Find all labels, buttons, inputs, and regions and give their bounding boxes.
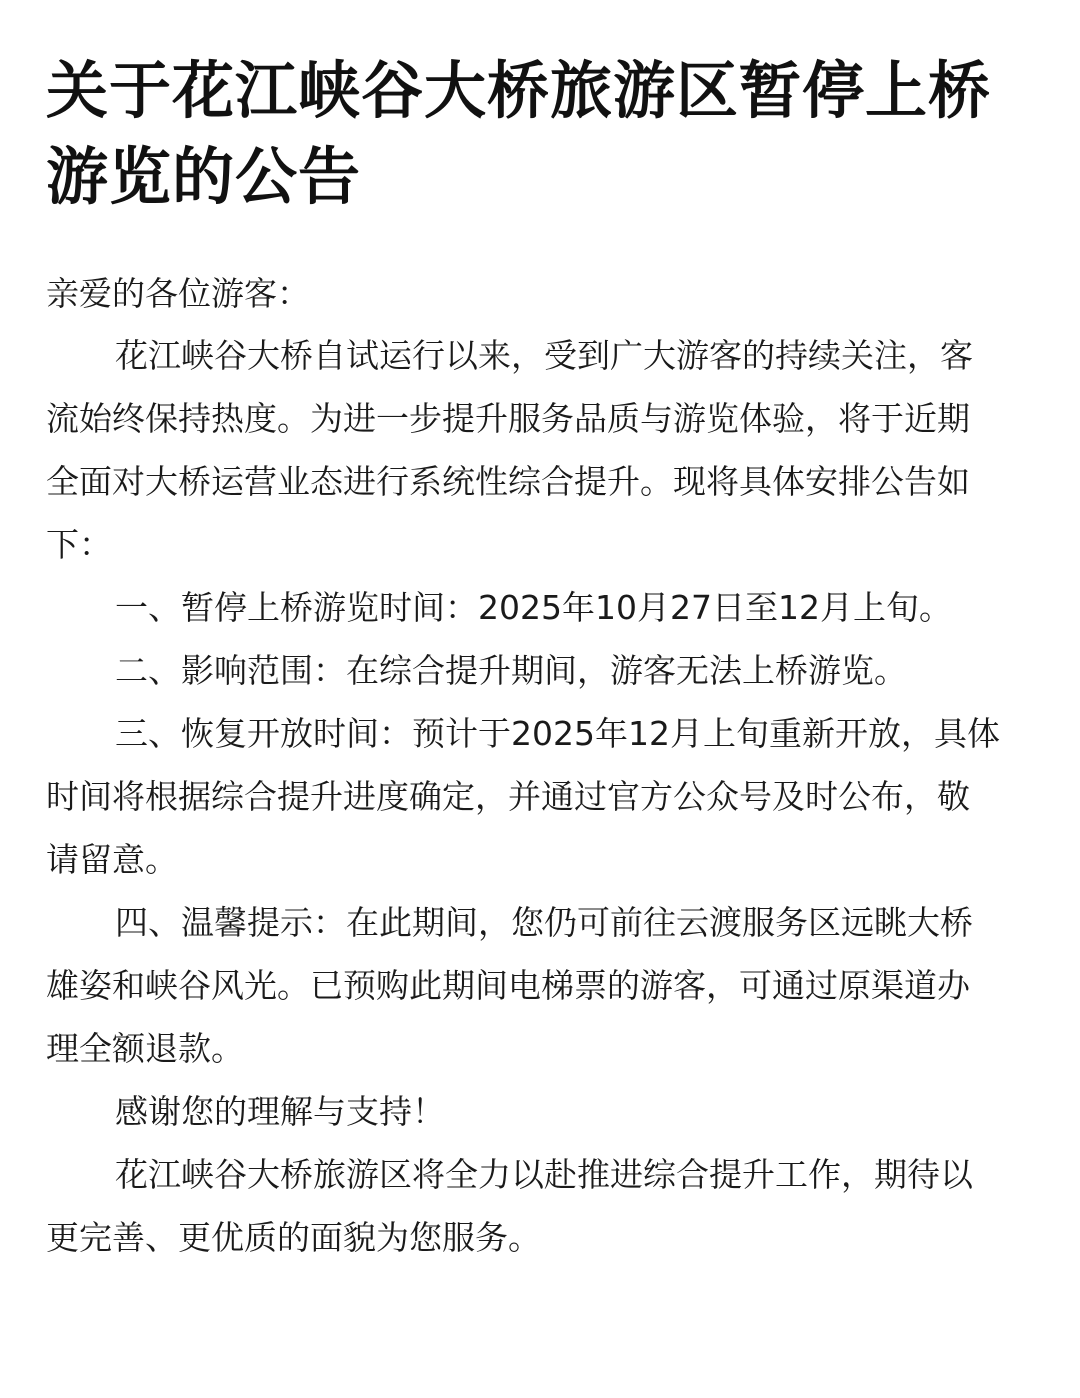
item-scope: 二、影响范围：在综合提升期间，游客无法上桥游览。 bbox=[115, 651, 907, 691]
salutation: 亲爱的各位游客： bbox=[46, 274, 310, 314]
thanks-line: 感谢您的理解与支持！ bbox=[115, 1092, 445, 1132]
item-tips-line: 理全额退款。 bbox=[46, 1029, 244, 1069]
item-tips-line: 四、温馨提示：在此期间，您仍可前往云渡服务区远眺大桥 bbox=[115, 903, 973, 943]
intro-paragraph-line: 下： bbox=[46, 525, 112, 565]
item-reopen-time-line: 请留意。 bbox=[46, 840, 178, 880]
item-tips-line: 雄姿和峡谷风光。已预购此期间电梯票的游客，可通过原渠道办 bbox=[46, 966, 970, 1006]
closing-line: 更完善、更优质的面貌为您服务。 bbox=[46, 1218, 541, 1258]
title-line: 游览的公告 bbox=[46, 134, 1046, 220]
item-reopen-time-line: 三、恢复开放时间：预计于2025年12月上旬重新开放，具体 bbox=[115, 714, 1000, 754]
item-suspension-time: 一、暂停上桥游览时间：2025年10月27日至12月上旬。 bbox=[115, 588, 952, 628]
closing-line: 花江峡谷大桥旅游区将全力以赴推进综合提升工作，期待以 bbox=[115, 1155, 973, 1195]
item-reopen-time-line: 时间将根据综合提升进度确定，并通过官方公众号及时公布，敬 bbox=[46, 777, 970, 817]
intro-paragraph-line: 花江峡谷大桥自试运行以来，受到广大游客的持续关注，客 bbox=[115, 336, 973, 376]
intro-paragraph-line: 全面对大桥运营业态进行系统性综合提升。现将具体安排公告如 bbox=[46, 462, 970, 502]
title-line: 关于花江峡谷大桥旅游区暂停上桥 bbox=[46, 48, 1046, 134]
intro-paragraph-line: 流始终保持热度。为进一步提升服务品质与游览体验，将于近期 bbox=[46, 399, 970, 439]
notice-title: 关于花江峡谷大桥旅游区暂停上桥 游览的公告 bbox=[46, 48, 1046, 220]
